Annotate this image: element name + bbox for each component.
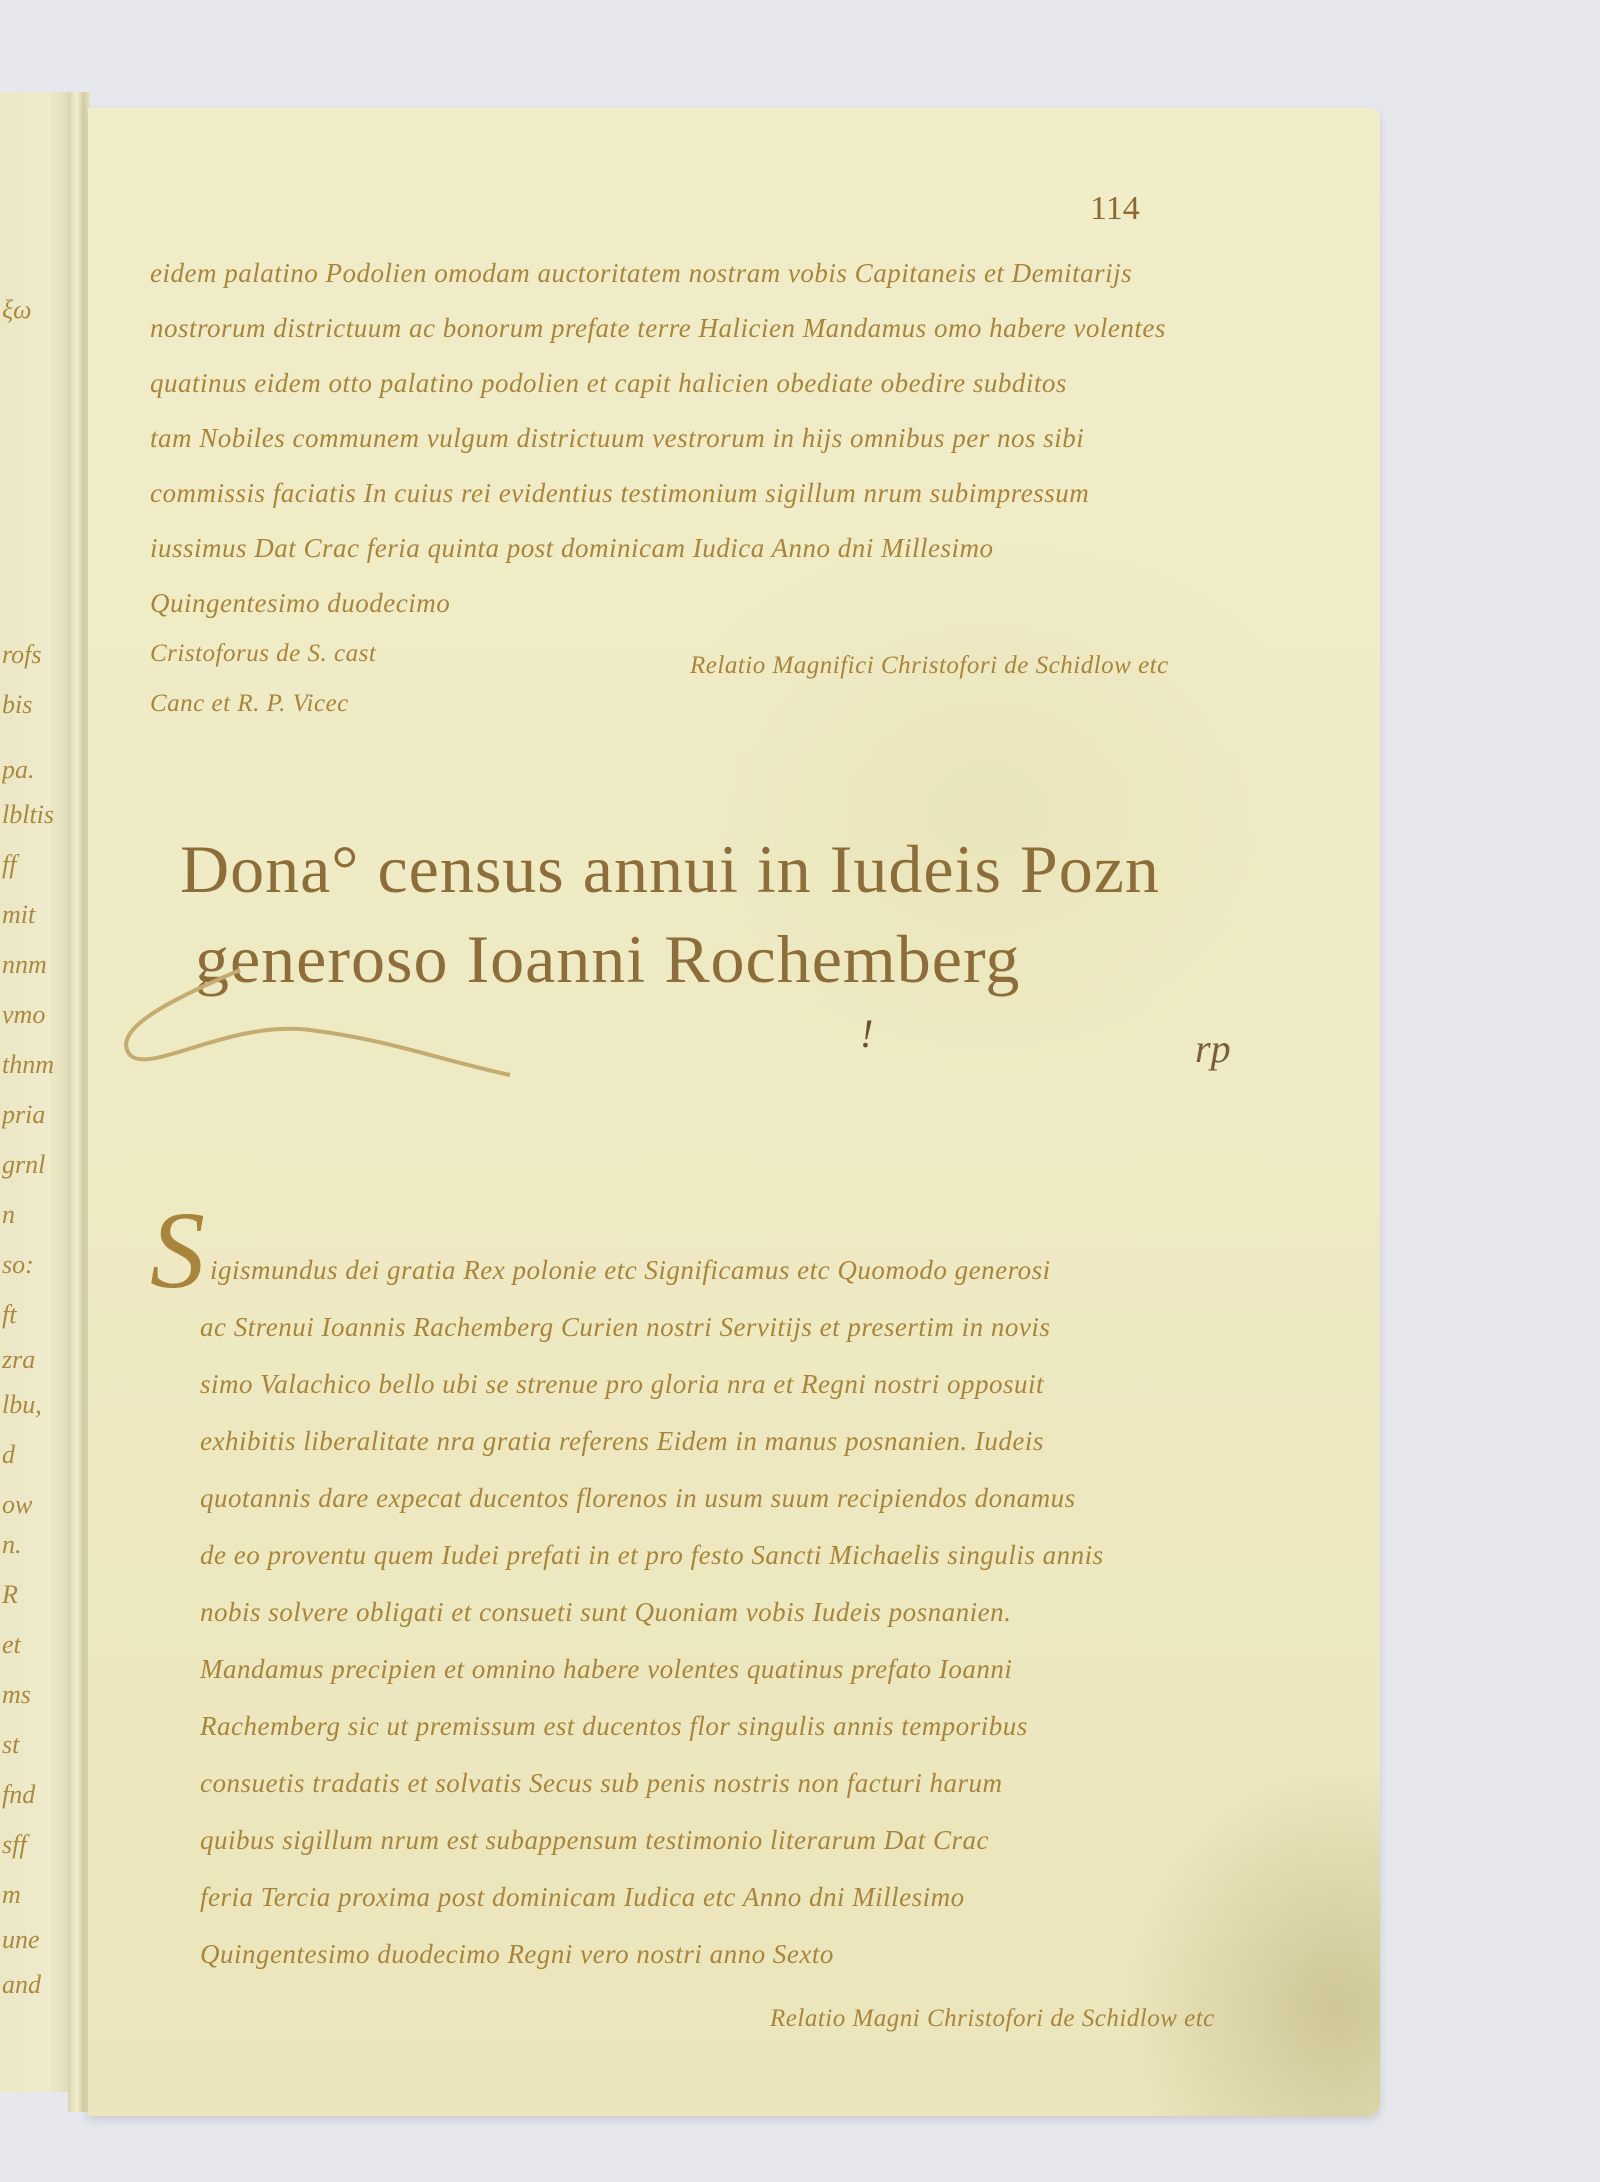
left-margin-fragment: lbltis [2,800,68,830]
left-margin-fragment: d [2,1440,68,1470]
main-text-line-5: quotannis dare expecat ducentos florenos… [200,1483,1076,1514]
left-margin-fragment: n. [2,1530,68,1560]
left-margin-fragment: pria [2,1100,68,1130]
main-text-line-4: exhibitis liberalitate nra gratia refere… [200,1426,1044,1457]
upper-text-line-4: tam Nobiles communem vulgum districtuum … [150,423,1084,454]
left-margin-fragment: pa. [2,755,68,785]
signature-chancellor-line1: Cristoforus de S. cast [150,640,376,668]
relatio-signature-lower: Relatio Magni Christofori de Schidlow et… [770,2005,1215,2033]
main-text-line-12: feria Tercia proxima post dominicam Iudi… [200,1882,965,1913]
left-margin-fragment: nnm [2,950,68,980]
folio-number: 114 [1090,190,1140,228]
upper-text-line-3: quatinus eidem otto palatino podolien et… [150,368,1067,399]
left-margin-fragment: thnm [2,1050,68,1080]
left-margin-fragment: ft [2,1300,68,1330]
left-margin-fragment: ow [2,1490,68,1520]
left-margin-fragment: ms [2,1680,68,1710]
main-text-line-9: Rachemberg sic ut premissum est ducentos… [200,1711,1028,1742]
left-margin-fragment: ff [2,850,68,880]
marginal-mark-rp: rp [1195,1025,1231,1072]
left-margin-fragment: R [2,1580,68,1610]
left-margin-fragment: n [2,1200,68,1230]
left-margin-fragment: st [2,1730,68,1760]
left-margin-fragment: fnd [2,1780,68,1810]
upper-text-line-1: eidem palatino Podolien omodam auctorita… [150,258,1132,289]
main-text-line-6: de eo proventu quem Iudei prefati in et … [200,1540,1104,1571]
marginal-mark: ! [860,1010,873,1057]
main-text-line-3: simo Valachico bello ubi se strenue pro … [200,1369,1044,1400]
upper-text-line-2: nostrorum districtuum ac bonorum prefate… [150,313,1166,344]
binding-gutter [68,92,90,2112]
left-margin-fragment: ξω [2,295,68,325]
main-text-line-13: Quingentesimo duodecimo Regni vero nostr… [200,1939,834,1970]
main-text-line-11: quibus sigillum nrum est subappensum tes… [200,1825,989,1856]
left-margin-fragment: rofs [2,640,68,670]
left-margin-fragment: mit [2,900,68,930]
upper-text-line-7: Quingentesimo duodecimo [150,588,450,619]
previous-page-edge: ξωrofsbispa.lbltisffmitnnmvmothnmpriagrn… [0,92,69,2092]
left-margin-fragment: so: [2,1250,68,1280]
left-margin-fragment: sff [2,1830,68,1860]
left-margin-fragment: and [2,1970,68,2000]
manuscript-page [88,108,1380,2116]
relatio-signature-upper: Relatio Magnifici Christofori de Schidlo… [690,652,1169,680]
left-margin-fragment: et [2,1630,68,1660]
upper-text-line-6: iussimus Dat Crac feria quinta post domi… [150,533,993,564]
left-margin-fragment: m [2,1880,68,1910]
left-margin-fragment: grnl [2,1150,68,1180]
main-text-line-8: Mandamus precipien et omnino habere vole… [200,1654,1012,1685]
main-text-line-10: consuetis tradatis et solvatis Secus sub… [200,1768,1003,1799]
decorated-initial: S [150,1195,205,1305]
main-text-line-7: nobis solvere obligati et consueti sunt … [200,1597,1011,1628]
upper-text-line-5: commissis faciatis In cuius rei evidenti… [150,478,1089,509]
left-margin-fragment: lbu, [2,1390,68,1420]
left-margin-fragment: une [2,1925,68,1955]
signature-chancellor-line2: Canc et R. P. Vicec [150,690,349,718]
left-margin-fragment: vmo [2,1000,68,1030]
main-text-line-2: ac Strenui Ioannis Rachemberg Curien nos… [200,1312,1050,1343]
heading-line-1: Dona° census annui in Iudeis Pozn [180,830,1160,909]
main-text-line-1: igismundus dei gratia Rex polonie etc Si… [210,1255,1051,1286]
flourish-ornament [110,960,530,1080]
left-margin-fragment: bis [2,690,68,720]
left-margin-fragment: zra [2,1345,68,1375]
